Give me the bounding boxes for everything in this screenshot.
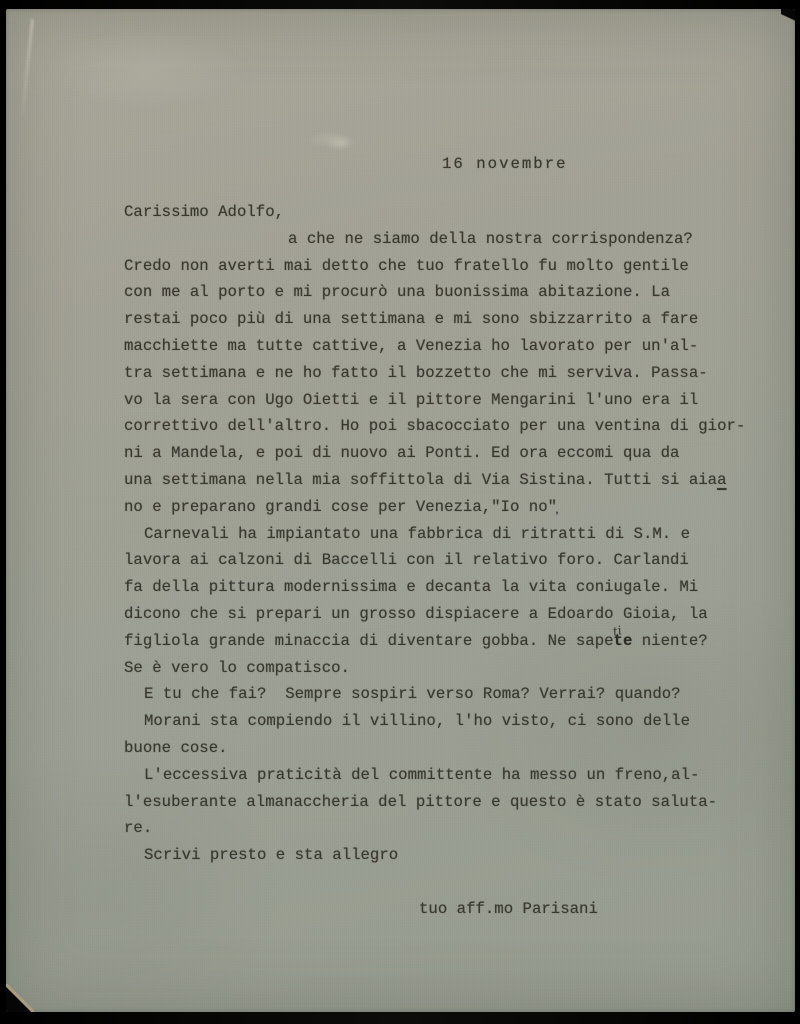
letter-line: fa della pittura modernissima e decanta …	[124, 574, 790, 601]
letter-body: Carissimo Adolfo,a che ne siamo della no…	[124, 199, 790, 923]
letter-line: no e preparano grandi cose per Venezia,"…	[124, 494, 790, 521]
letter-line: tuo aff.mo Parisani	[124, 896, 790, 923]
letter-date: 16 novembre	[442, 155, 568, 173]
clipped-corner-top-right	[781, 9, 795, 33]
letter-line: Scrivi presto e sta allegro	[124, 842, 790, 869]
letter-line: correttivo dell'altro. Ho poi sbacocciat…	[124, 413, 790, 440]
letter-line: a che ne siamo della nostra corrisponden…	[124, 226, 790, 253]
letter-line: Se è vero lo compatisco.	[124, 655, 790, 682]
letter-line: figliola grande minaccia di diventare go…	[124, 628, 790, 655]
letter-line: buone cose.	[124, 735, 790, 762]
letter-line: restai poco più di una settimana e mi so…	[124, 306, 790, 333]
letter-line: L'eccessiva praticità del committente ha…	[124, 762, 790, 789]
corner-crease	[21, 19, 34, 115]
letter-line: lavora ai calzoni di Baccelli con il rel…	[124, 547, 790, 574]
letter-line: dicono che si prepari un grosso dispiace…	[124, 601, 790, 628]
letter-page: 16 novembre Carissimo Adolfo,a che ne si…	[6, 9, 795, 1012]
letter-line: Morani sta compiendo il villino, l'ho vi…	[124, 708, 790, 735]
letter-line: macchiette ma tutte cattive, a Venezia h…	[124, 333, 790, 360]
letter-line: E tu che fai? Sempre sospiri verso Roma?…	[124, 681, 790, 708]
letter-line: Carnevali ha impiantato una fabbrica di …	[124, 521, 790, 548]
letter-line: Carissimo Adolfo,	[124, 199, 790, 226]
letter-line: ni a Mandela, e poi di nuovo ai Ponti. E…	[124, 440, 790, 467]
ink-smudge	[326, 135, 356, 151]
letter-line: una settimana nella mia soffittola di Vi…	[124, 467, 790, 494]
folded-corner-bottom-left	[6, 984, 34, 1012]
letter-line: Credo non averti mai detto che tuo frate…	[124, 253, 790, 280]
scan-background: 16 novembre Carissimo Adolfo,a che ne si…	[0, 0, 800, 1024]
letter-line: vo la sera con Ugo Oietti e il pittore M…	[124, 387, 790, 414]
letter-line: re.	[124, 815, 790, 842]
letter-line: l'esuberante almanaccheria del pittore e…	[124, 789, 790, 816]
letter-line: con me al porto e mi procurò una buoniss…	[124, 279, 790, 306]
letter-line	[124, 869, 790, 896]
letter-line: tra settimana e ne ho fatto il bozzetto …	[124, 360, 790, 387]
